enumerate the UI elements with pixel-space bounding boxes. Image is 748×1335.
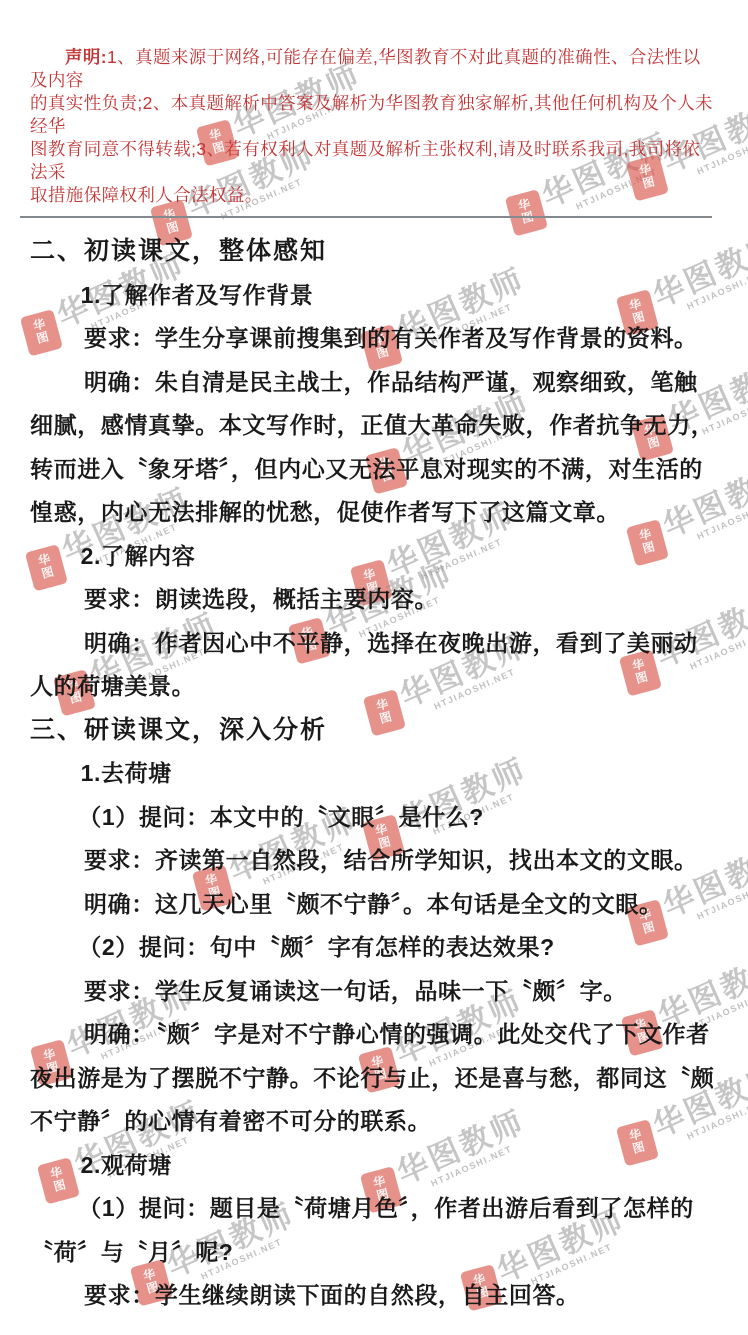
question-2-po-effect: （2）提问：句中〝颇〞字有怎样的表达效果? — [30, 926, 722, 970]
question-1-wenyan: （1）提问：本文中的〝文眼〞是什么? — [30, 796, 722, 840]
disclaimer-body: 1、真题来源于网络,可能存在偏差,华图教育不对此真题的准确性、合法性以及内容 的… — [30, 47, 713, 205]
section-heading-2: 二、初读课文，整体感知 — [30, 230, 722, 274]
disclaimer-label: 声明: — [65, 47, 107, 67]
subsection-1-author: 1.了解作者及写作背景 — [30, 274, 722, 318]
paragraph-requirement: 要求：学生分享课前搜集到的有关作者及写作背景的资料。 — [30, 317, 722, 361]
paragraph-clarification: 明确：〝颇〞字是对不宁静心情的强调。此处交代了下文作者 夜出游是为了摆脱不宁静。… — [30, 1013, 722, 1144]
paragraph-clarification: 明确：朱自清是民主战士，作品结构严谨，观察细致，笔触 细腻，感情真挚。本文写作时… — [30, 361, 722, 535]
paragraph-requirement: 要求：朗读选段，概括主要内容。 — [30, 578, 722, 622]
paragraph-requirement: 要求：齐读第一自然段，结合所学知识，找出本文的文眼。 — [30, 839, 722, 883]
subsection-2-content: 2.了解内容 — [30, 535, 722, 579]
lesson-plan-body: 二、初读课文，整体感知 1.了解作者及写作背景 要求：学生分享课前搜集到的有关作… — [0, 218, 748, 1318]
paragraph-clarification: 明确：作者因心中不平静，选择在夜晚出游，看到了美丽动 人的荷塘美景。 — [30, 622, 722, 709]
paragraph-requirement: 要求：学生继续朗读下面的自然段，自主回答。 — [30, 1274, 722, 1318]
question-1-lotus-moon: （1）提问：题目是〝荷塘月色〞，作者出游后看到了怎样的 〝荷〞与〝月〞呢? — [30, 1187, 722, 1274]
document-page: 华 图华图教师HTJIAOSHI.NET华 图华图教师HTJIAOSHI.NET… — [0, 0, 748, 1335]
document-content: 声明:1、真题来源于网络,可能存在偏差,华图教育不对此真题的准确性、合法性以及内… — [0, 0, 748, 1318]
disclaimer-text: 声明:1、真题来源于网络,可能存在偏差,华图教育不对此真题的准确性、合法性以及内… — [0, 0, 748, 213]
subsection-1-go-pond: 1.去荷塘 — [30, 752, 722, 796]
section-heading-3: 三、研读课文，深入分析 — [30, 709, 722, 753]
paragraph-requirement: 要求：学生反复诵读这一句话，品味一下〝颇〞字。 — [30, 970, 722, 1014]
subsection-2-view-pond: 2.观荷塘 — [30, 1144, 722, 1188]
paragraph-clarification: 明确：这几天心里〝颇不宁静〞。本句话是全文的文眼。 — [30, 883, 722, 927]
